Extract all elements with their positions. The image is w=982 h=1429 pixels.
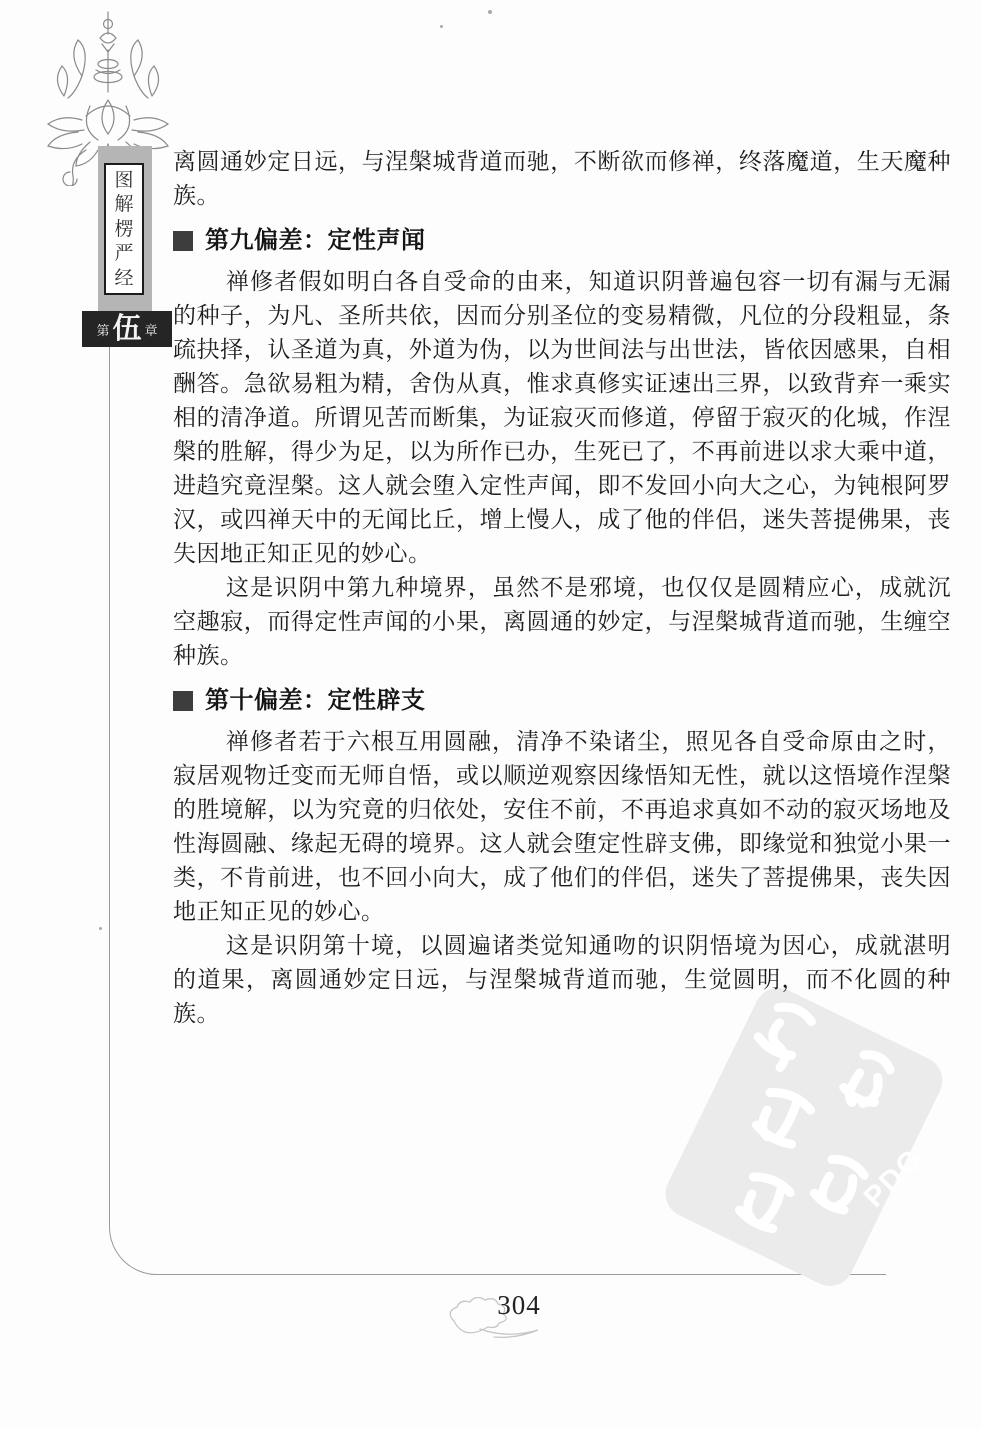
chapter-suffix: 章 (145, 320, 158, 339)
chapter-prefix: 第 (96, 320, 109, 339)
section-heading-label: 第十偏差：定性辟支 (205, 686, 426, 716)
body-paragraph: 这是识阴第十境，以圆遍诸类觉知通吻的识阴悟境为因心，成就湛明的道果，离圆通妙定日… (173, 929, 951, 1031)
square-bullet-icon (173, 231, 193, 251)
series-title-char: 楞 (114, 220, 133, 239)
body-paragraph: 禅修者假如明白各自受命的由来，知道识阴普遍包容一切有漏与无漏的种子，为凡、圣所共… (173, 265, 951, 571)
section-heading-label: 第九偏差：定性声闻 (205, 226, 426, 256)
chapter-badge: 第 伍 章 (82, 311, 172, 347)
section-heading-ninth: 第九偏差：定性声闻 (173, 226, 951, 256)
body-paragraph: 这是识阴中第九种境界，虽然不是邪境，也仅仅是圆精应心，成就沉空趣寂，而得定性声闻… (173, 571, 951, 673)
scan-speck (488, 10, 492, 14)
section-heading-tenth: 第十偏差：定性辟支 (173, 686, 951, 716)
scan-speck (99, 927, 102, 930)
body-paragraph: 禅修者若于六根互用圆融，清净不染诸尘，照见各自受命原由之时，寂居观物迁变而无师自… (173, 725, 951, 929)
series-title-char: 解 (114, 195, 133, 214)
square-bullet-icon (173, 691, 193, 711)
chapter-numeral: 伍 (112, 315, 141, 344)
page-number: 304 (469, 1290, 569, 1321)
body-paragraph-continuation: 离圆通妙定日远，与涅槃城背道而驰，不断欲而修禅，终落魔道，生天魔种族。 (173, 145, 951, 213)
series-title-box: 图 解 楞 严 经 (104, 163, 144, 295)
series-title-char: 严 (114, 244, 133, 263)
series-title-char: 图 (114, 171, 133, 190)
main-text-column: 离圆通妙定日远，与涅槃城背道而驰，不断欲而修禅，终落魔道，生天魔种族。 第九偏差… (173, 145, 951, 1031)
series-title-char: 经 (114, 269, 133, 288)
scan-speck (440, 25, 443, 28)
book-page: 图 解 楞 严 经 第 伍 章 (0, 0, 982, 1429)
